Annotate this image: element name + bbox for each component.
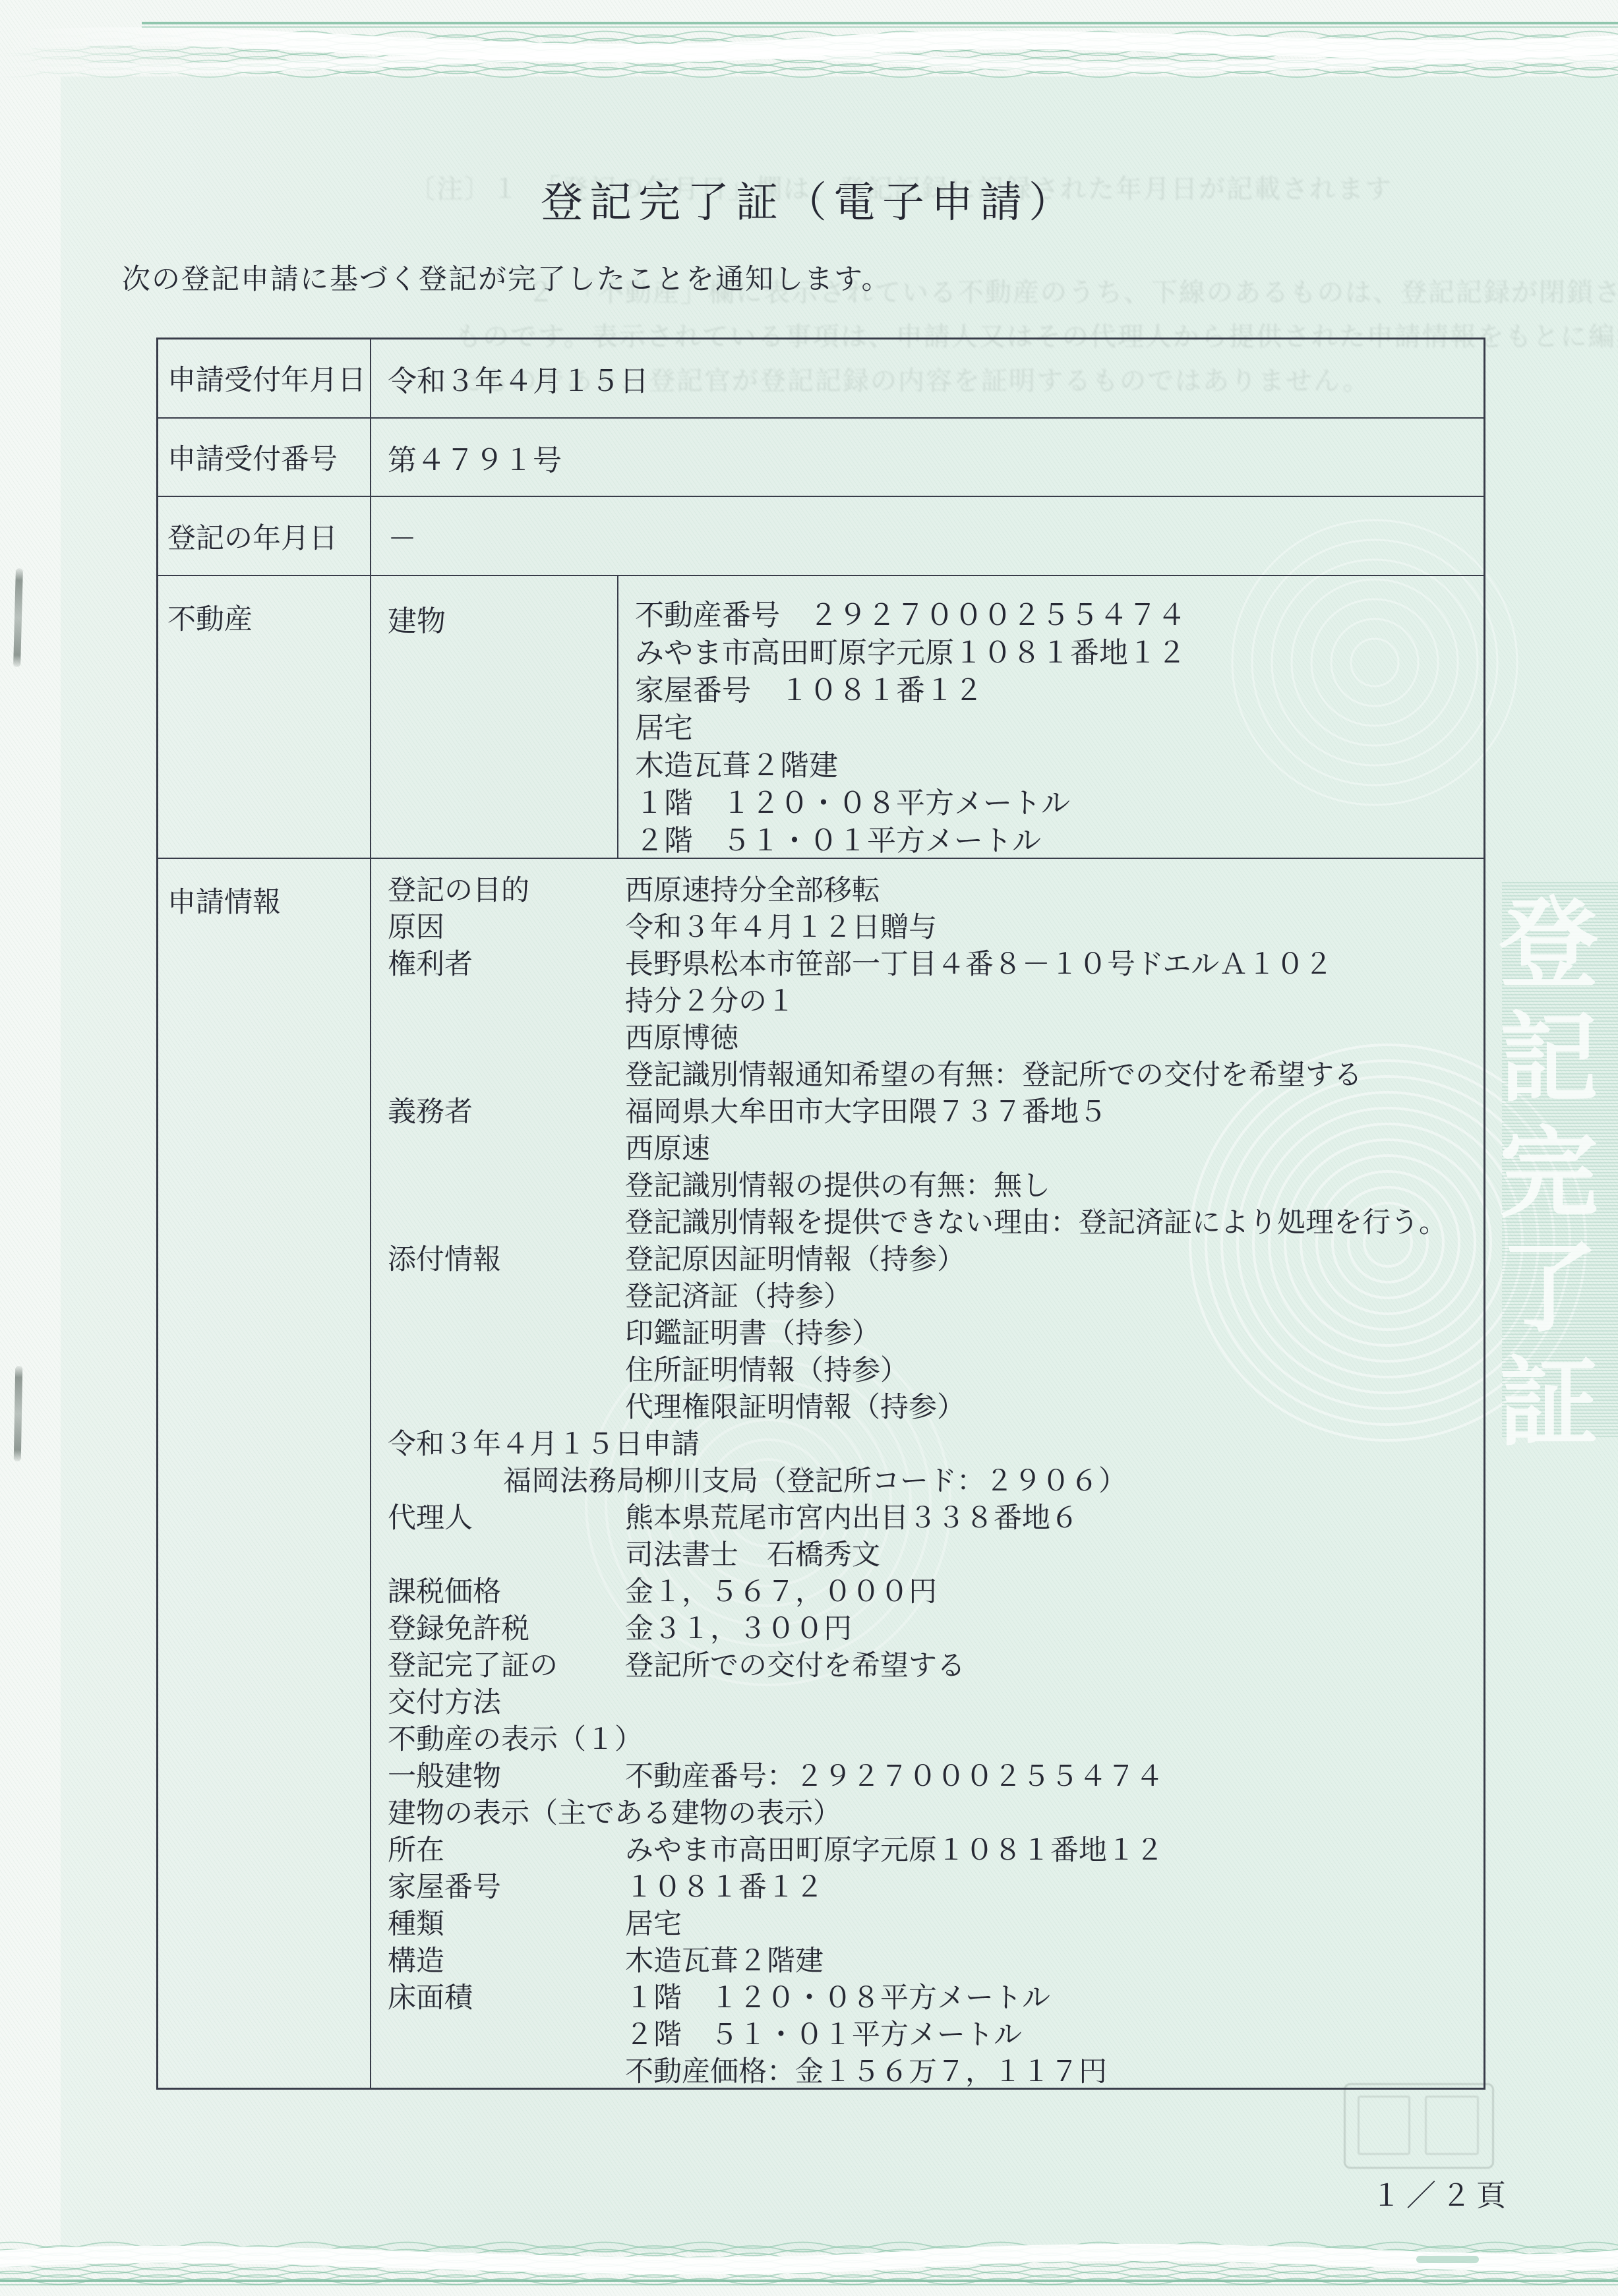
application-line-label: 令和３年４月１５日申請	[371, 1422, 700, 1462]
intro-text: 次の登記申請に基づく登記が完了したことを通知します。	[122, 257, 891, 297]
application-line-text: 熊本県荒尾市宮内出目３３８番地６	[625, 1496, 1483, 1536]
application-line-text: 西原速	[625, 1127, 1483, 1167]
application-line-text: 代理権限証明情報（持参）	[625, 1385, 1483, 1425]
application-line-label: 交付方法	[371, 1680, 625, 1721]
application-line-label: 所在	[371, 1828, 625, 1868]
application-line: 福岡法務局柳川支局（登記所コード：２９０６）	[371, 1460, 1483, 1497]
application-line-label: 登記完了証の	[371, 1643, 625, 1684]
application-line-text: 長野県松本市笹部一丁目４番８－１０号ドエルＡ１０２	[625, 942, 1483, 982]
staple-mark-icon	[14, 1366, 23, 1461]
property-details: 不動産番号 ２９２７０００２５５４７４みやま市高田町原字元原１０８１番地１２家屋…	[618, 576, 1483, 858]
application-line-text: 登記識別情報通知希望の有無：登記所での交付を希望する	[625, 1053, 1483, 1093]
property-detail-line: １階 １２０・０８平方メートル	[635, 781, 1483, 819]
staple-mark-icon	[13, 568, 23, 667]
application-line-label: 代理人	[371, 1496, 625, 1536]
table-header-row: 申請受付番号第４７９１号	[158, 419, 1483, 498]
application-row: 申請情報 登記の目的西原速持分全部移転原因令和３年４月１２日贈与権利者長野県松本…	[158, 859, 1483, 2088]
application-line-label: 義務者	[371, 1090, 625, 1130]
certificate-table: 申請受付年月日令和３年４月１５日申請受付番号第４７９１号登記の年月日－ 不動産 …	[156, 338, 1485, 2090]
application-line: 持分２分の１	[371, 980, 1483, 1017]
property-detail-line: ２階 ５１・０１平方メートル	[635, 819, 1483, 856]
application-line: 交付方法	[371, 1682, 1483, 1719]
application-line: 原因令和３年４月１２日贈与	[371, 906, 1483, 943]
application-line-text: １階 １２０・０８平方メートル	[625, 1976, 1483, 2016]
application-line: 登記識別情報の提供の有無：無し	[371, 1165, 1483, 1202]
application-line-label: 登記の目的	[371, 868, 625, 908]
application-line-text: 不動産価格：金１５６万７，１１７円	[625, 2049, 1483, 2090]
table-header-row: 申請受付年月日令和３年４月１５日	[158, 339, 1483, 419]
certificate-page: 登記完了証 〔注〕１ 「登記の年月日」欄は、登記記録に記録された年月日が記載され…	[0, 0, 1618, 2296]
application-line: 床面積１階 １２０・０８平方メートル	[371, 1977, 1483, 2014]
application-lines: 登記の目的西原速持分全部移転原因令和３年４月１２日贈与権利者長野県松本市笹部一丁…	[371, 859, 1483, 2088]
application-line: 西原博徳	[371, 1017, 1483, 1054]
application-line-text: 福岡法務局柳川支局（登記所コード：２９０６）	[371, 1459, 1127, 1499]
application-line-label: 課税価格	[371, 1570, 625, 1610]
row-label: 不動産	[158, 576, 371, 858]
page-title: 登記完了証（電子申請）	[0, 169, 1618, 229]
application-line: 所在みやま市高田町原字元原１０８１番地１２	[371, 1829, 1483, 1866]
page-number: １／２頁	[1371, 2171, 1511, 2214]
application-line: 代理人熊本県荒尾市宮内出目３３８番地６	[371, 1497, 1483, 1534]
application-line: 添付情報登記原因証明情報（持参）	[371, 1239, 1483, 1276]
application-line-label: 一般建物	[371, 1754, 625, 1794]
property-detail-line: 不動産番号 ２９２７０００２５５４７４	[635, 593, 1483, 631]
application-line-label: 権利者	[371, 942, 625, 982]
application-line: 建物の表示（主である建物の表示）	[371, 1792, 1483, 1829]
application-line-label: 建物の表示（主である建物の表示）	[371, 1791, 841, 1831]
application-line-text: 住所証明情報（持参）	[625, 1348, 1483, 1388]
row-label: 登記の年月日	[158, 497, 371, 575]
application-line-text: 印鑑証明書（持参）	[625, 1311, 1483, 1351]
application-line-text: 福岡県大牟田市大字田隈７３７番地５	[625, 1090, 1483, 1130]
application-line-text: みやま市高田町原字元原１０８１番地１２	[625, 1828, 1483, 1868]
application-line: 不動産の表示（１）	[371, 1719, 1483, 1755]
seal-inner-mark	[1425, 2096, 1479, 2155]
application-line: 義務者福岡県大牟田市大字田隈７３７番地５	[371, 1091, 1483, 1128]
application-line: 登記済証（持参）	[371, 1276, 1483, 1312]
application-line: 権利者長野県松本市笹部一丁目４番８－１０号ドエルＡ１０２	[371, 943, 1483, 980]
embossed-seal	[1344, 2083, 1494, 2169]
row-label: 申請受付番号	[158, 419, 371, 496]
application-line-label: 構造	[371, 1939, 625, 1979]
application-line-text: 木造瓦葺２階建	[625, 1939, 1483, 1979]
application-line-label: 不動産の表示（１）	[371, 1717, 643, 1757]
application-line: 代理権限証明情報（持参）	[371, 1386, 1483, 1423]
application-line-text: 持分２分の１	[625, 979, 1483, 1019]
property-detail-line: 居宅	[635, 706, 1483, 744]
application-line-text: 登記識別情報を提供できない理由：登記済証により処理を行う。	[625, 1200, 1483, 1241]
application-line: 西原速	[371, 1128, 1483, 1165]
application-line: 家屋番号１０８１番１２	[371, 1866, 1483, 1903]
row-value: －	[371, 497, 1483, 575]
seal-inner-mark	[1358, 2096, 1410, 2155]
application-line: 登記識別情報を提供できない理由：登記済証により処理を行う。	[371, 1202, 1483, 1239]
application-line: 印鑑証明書（持参）	[371, 1312, 1483, 1349]
application-line-text: 西原博徳	[625, 1016, 1483, 1056]
application-line: 課税価格金１，５６７，０００円	[371, 1571, 1483, 1608]
scanner-streak	[1416, 2256, 1479, 2263]
application-line-text: 不動産番号：２９２７０００２５５４７４	[625, 1754, 1483, 1794]
row-value: 令和３年４月１５日	[371, 339, 1483, 417]
row-value: 第４７９１号	[371, 419, 1483, 496]
anti-copy-watermark: 登記完了証	[1469, 891, 1611, 1465]
application-line: ２階 ５１・０１平方メートル	[371, 2014, 1483, 2051]
property-detail-line: 家屋番号 １０８１番１２	[635, 668, 1483, 706]
property-row: 不動産 建物 不動産番号 ２９２７０００２５５４７４みやま市高田町原字元原１０８…	[158, 576, 1483, 859]
property-detail-line: みやま市高田町原字元原１０８１番地１２	[635, 631, 1483, 668]
row-label: 申請情報	[158, 859, 371, 2088]
application-line-text: 居宅	[625, 1902, 1483, 1942]
row-label: 申請受付年月日	[158, 339, 371, 417]
application-line: 不動産価格：金１５６万７，１１７円	[371, 2051, 1483, 2088]
application-line-label: 家屋番号	[371, 1865, 625, 1905]
application-line-label: 添付情報	[371, 1237, 625, 1278]
application-line-text: 登記原因証明情報（持参）	[625, 1237, 1483, 1278]
application-line-text: 金１，５６７，０００円	[625, 1570, 1483, 1610]
property-detail-line: 木造瓦葺２階建	[635, 744, 1483, 781]
application-line-label: 種類	[371, 1902, 625, 1942]
application-line: 司法書士 石橋秀文	[371, 1534, 1483, 1571]
property-category: 建物	[371, 576, 618, 858]
application-line: 構造木造瓦葺２階建	[371, 1940, 1483, 1977]
application-line: 令和３年４月１５日申請	[371, 1423, 1483, 1460]
application-line: 住所証明情報（持参）	[371, 1349, 1483, 1386]
application-line-text: 登記済証（持参）	[625, 1274, 1483, 1314]
application-line-text: 登記識別情報の提供の有無：無し	[625, 1163, 1483, 1204]
application-line-label: 登録免許税	[371, 1606, 625, 1647]
application-line-text: 司法書士 石橋秀文	[625, 1533, 1483, 1573]
application-line-text: １０８１番１２	[625, 1865, 1483, 1905]
application-line-text: 令和３年４月１２日贈与	[625, 905, 1483, 945]
application-line: 登記識別情報通知希望の有無：登記所での交付を希望する	[371, 1054, 1483, 1091]
application-line-text: ２階 ５１・０１平方メートル	[625, 2013, 1483, 2053]
application-line-text: 登記所での交付を希望する	[625, 1643, 1483, 1684]
application-line-text: 金３１，３００円	[625, 1606, 1483, 1647]
application-line-label: 床面積	[371, 1976, 625, 2016]
application-line: 一般建物不動産番号：２９２７０００２５５４７４	[371, 1755, 1483, 1792]
application-line-text: 西原速持分全部移転	[625, 868, 1483, 908]
application-line: 登記の目的西原速持分全部移転	[371, 869, 1483, 906]
application-line: 登録免許税金３１，３００円	[371, 1608, 1483, 1645]
application-line-label: 原因	[371, 905, 625, 945]
application-line: 登記完了証の登記所での交付を希望する	[371, 1645, 1483, 1682]
application-line: 種類居宅	[371, 1903, 1483, 1940]
table-header-row: 登記の年月日－	[158, 497, 1483, 576]
